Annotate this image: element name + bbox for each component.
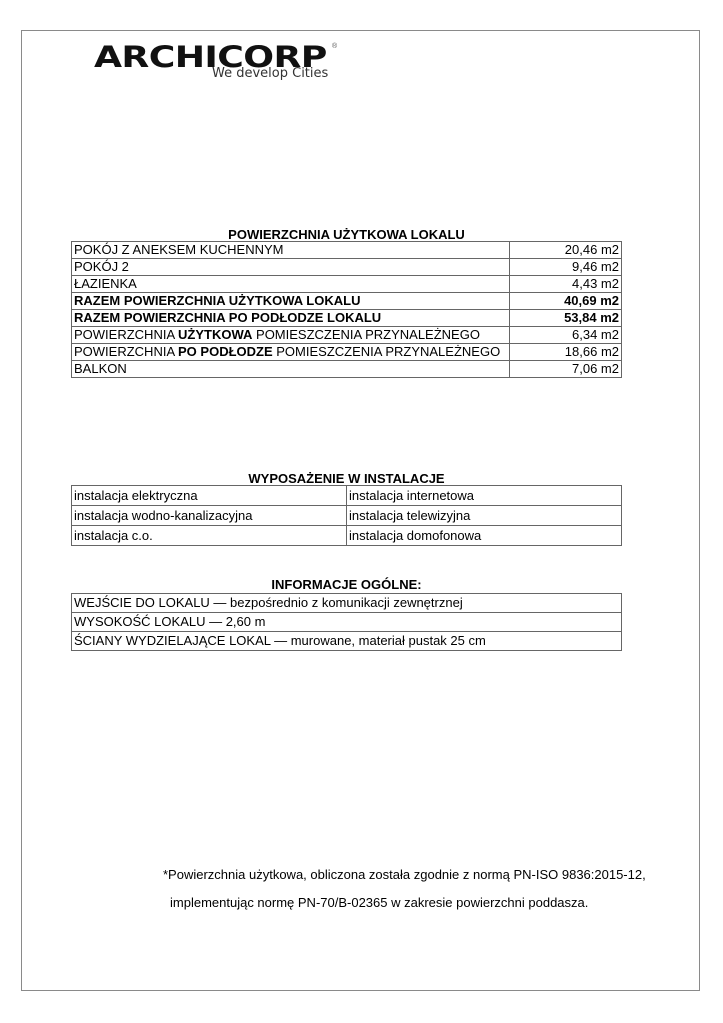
footnote-line-1: *Powierzchnia użytkowa, obliczona został… (163, 867, 646, 882)
area-value: 4,43 m2 (510, 276, 622, 293)
logo-tagline: We develop Cities (212, 66, 328, 81)
installations-table: instalacja elektrycznainstalacja interne… (71, 485, 622, 546)
table-row: POKÓJ 29,46 m2 (72, 259, 622, 276)
table-row: ŚCIANY WYDZIELAJĄCE LOKAL — murowane, ma… (72, 632, 622, 651)
area-value: 53,84 m2 (510, 310, 622, 327)
installation-item: instalacja telewizyjna (347, 506, 622, 526)
table-row: instalacja elektrycznainstalacja interne… (72, 486, 622, 506)
installation-item: instalacja domofonowa (347, 526, 622, 546)
area-table: POKÓJ Z ANEKSEM KUCHENNYM20,46 m2POKÓJ 2… (71, 241, 622, 378)
general-info-item: ŚCIANY WYDZIELAJĄCE LOKAL — murowane, ma… (72, 632, 622, 651)
area-label: BALKON (72, 361, 510, 378)
table-row: RAZEM POWIERZCHNIA PO PODŁODZE LOKALU53,… (72, 310, 622, 327)
area-label: POKÓJ Z ANEKSEM KUCHENNYM (72, 242, 510, 259)
area-value: 18,66 m2 (510, 344, 622, 361)
table-row: instalacja c.o.instalacja domofonowa (72, 526, 622, 546)
area-label: POKÓJ 2 (72, 259, 510, 276)
area-value: 20,46 m2 (510, 242, 622, 259)
general-info-section-title: INFORMACJE OGÓLNE: (71, 577, 622, 592)
footnote-line-2: implementując normę PN-70/B-02365 w zakr… (170, 895, 588, 910)
table-row: POWIERZCHNIA UŻYTKOWA POMIESZCZENIA PRZY… (72, 327, 622, 344)
table-row: instalacja wodno-kanalizacyjnainstalacja… (72, 506, 622, 526)
area-label: ŁAZIENKA (72, 276, 510, 293)
area-section-title: POWIERZCHNIA UŻYTKOWA LOKALU (71, 227, 622, 242)
table-row: WYSOKOŚĆ LOKALU — 2,60 m (72, 613, 622, 632)
table-row: RAZEM POWIERZCHNIA UŻYTKOWA LOKALU40,69 … (72, 293, 622, 310)
area-label: POWIERZCHNIA UŻYTKOWA POMIESZCZENIA PRZY… (72, 327, 510, 344)
table-row: ŁAZIENKA4,43 m2 (72, 276, 622, 293)
area-value: 6,34 m2 (510, 327, 622, 344)
table-row: POKÓJ Z ANEKSEM KUCHENNYM20,46 m2 (72, 242, 622, 259)
general-info-item: WYSOKOŚĆ LOKALU — 2,60 m (72, 613, 622, 632)
table-row: WEJŚCIE DO LOKALU — bezpośrednio z komun… (72, 594, 622, 613)
installations-section-title: WYPOSAŻENIE W INSTALACJE (71, 471, 622, 486)
table-row: BALKON7,06 m2 (72, 361, 622, 378)
table-row: POWIERZCHNIA PO PODŁODZE POMIESZCZENIA P… (72, 344, 622, 361)
area-value: 9,46 m2 (510, 259, 622, 276)
installation-item: instalacja elektryczna (72, 486, 347, 506)
area-label: RAZEM POWIERZCHNIA PO PODŁODZE LOKALU (72, 310, 510, 327)
area-label: POWIERZCHNIA PO PODŁODZE POMIESZCZENIA P… (72, 344, 510, 361)
general-info-item: WEJŚCIE DO LOKALU — bezpośrednio z komun… (72, 594, 622, 613)
installation-item: instalacja internetowa (347, 486, 622, 506)
area-label: RAZEM POWIERZCHNIA UŻYTKOWA LOKALU (72, 293, 510, 310)
installation-item: instalacja wodno-kanalizacyjna (72, 506, 347, 526)
area-value: 7,06 m2 (510, 361, 622, 378)
general-info-table: WEJŚCIE DO LOKALU — bezpośrednio z komun… (71, 593, 622, 651)
registered-mark: ® (332, 43, 337, 50)
area-value: 40,69 m2 (510, 293, 622, 310)
archicorp-logo: ARCHICORP ® We develop Cities (94, 43, 280, 72)
installation-item: instalacja c.o. (72, 526, 347, 546)
